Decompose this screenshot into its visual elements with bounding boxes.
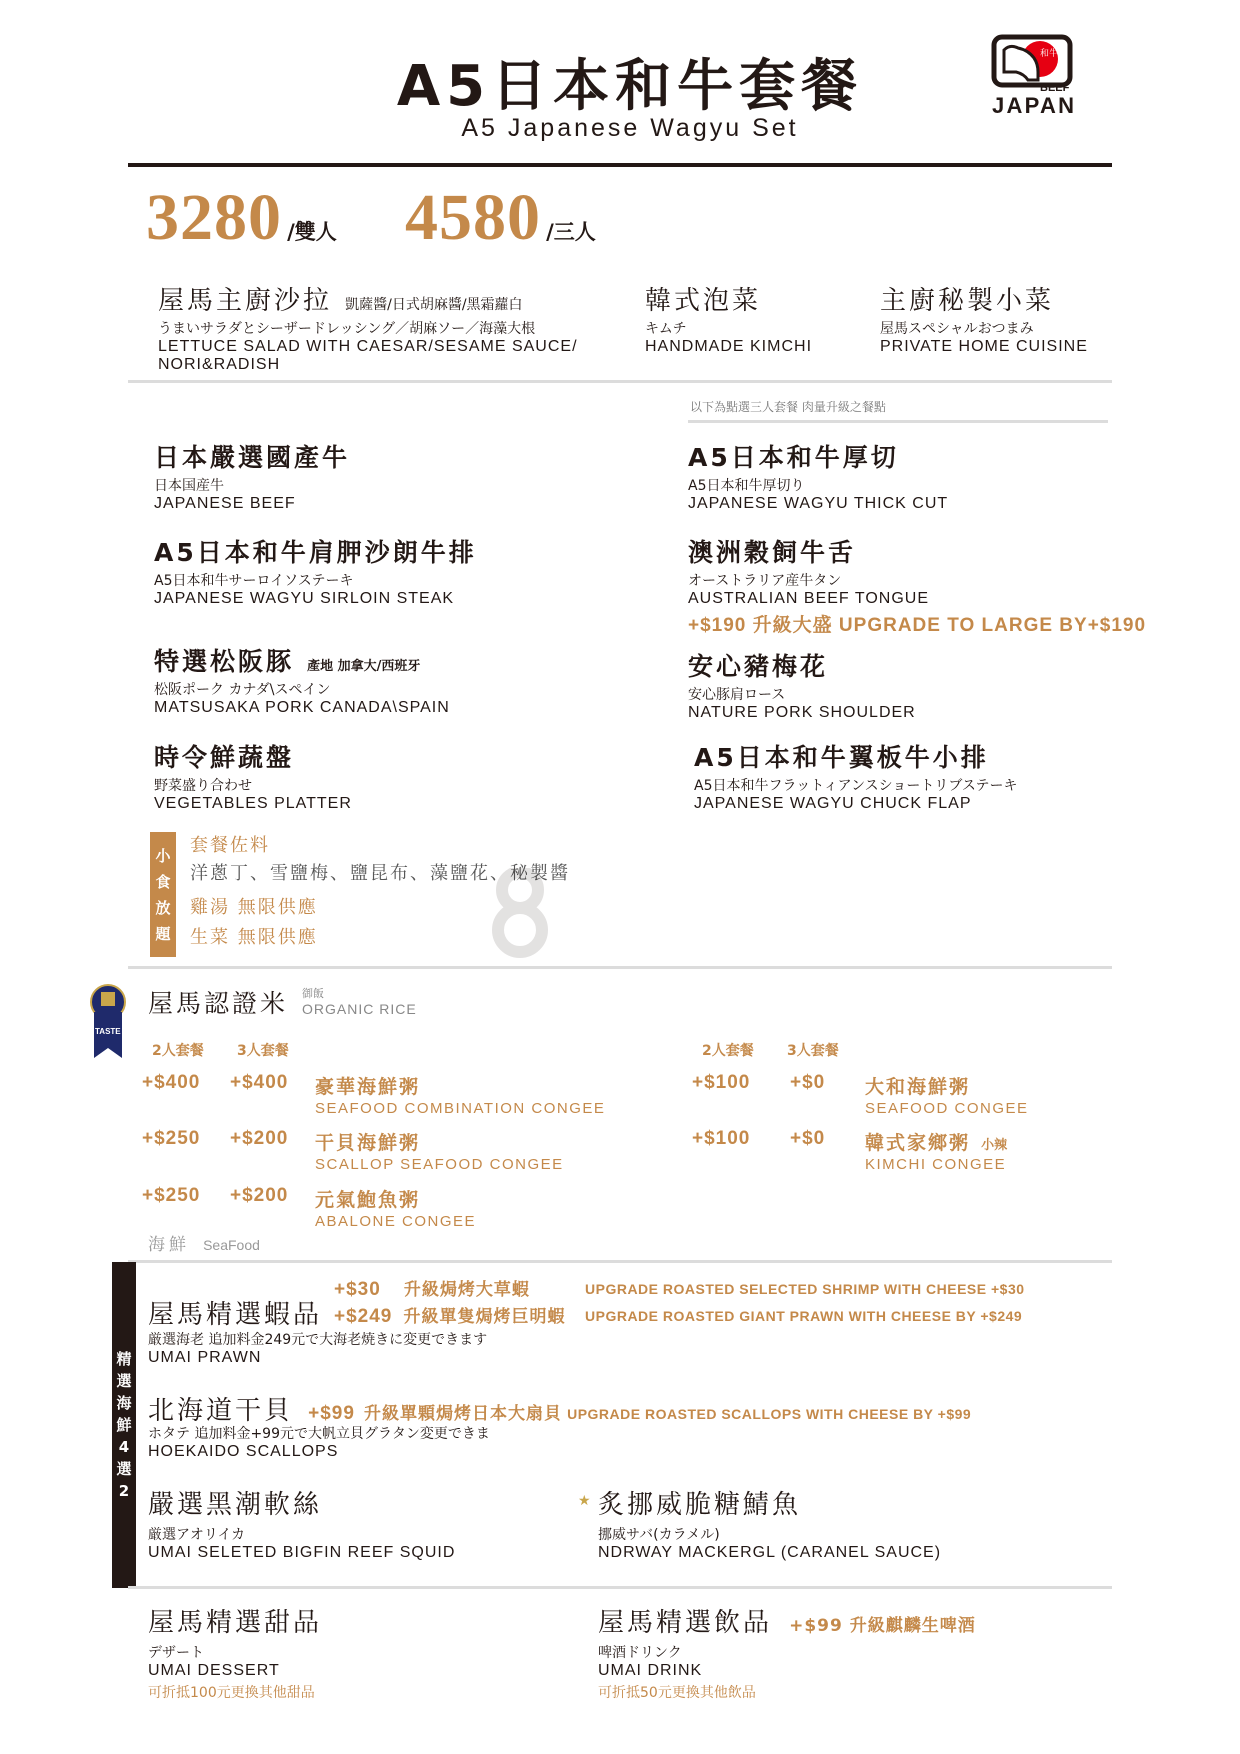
tag-char: 鮮 [116,1414,131,1436]
congee-name: 豪華海鮮粥 [315,1072,420,1099]
dish-name: A5日本和牛肩胛沙朗牛排 [154,533,477,569]
congee-name: 干貝海鮮粥 [315,1128,420,1155]
dish-name-ja: 松阪ポーク カナダ\スペイン [154,682,450,699]
main-wagyu-chuck-flap: A5日本和牛翼板牛小排 A5日本和牛フラットィアンスショートリブステーキ JAP… [694,738,1018,813]
rice-title-ja: 御飯 [302,985,417,1001]
scallop-title: 北海道干貝 [148,1396,293,1426]
dish-name-en: LETTUCE SALAD WITH CAESAR/SESAME SAUCE/ … [158,338,618,374]
congee-name-wrap: 韓式家鄉粥 小辣 [865,1128,1007,1155]
dish-name-ja: デザート [148,1645,322,1662]
scallop-name-en: HOEKAIDO SCALLOPS [148,1443,338,1461]
seafood-mackerel: 炙挪威脆糖鯖魚 挪威サバ(カラメル) NDRWAY MACKERGL (CARA… [598,1484,941,1562]
congee-name-en: KIMCHI CONGEE [865,1156,1006,1173]
prawn-title: 屋馬精選蝦品 [148,1294,322,1331]
scallop-name-ja: ホタテ 追加料金+99元で大帆立貝グラタン変更できま [148,1426,490,1443]
flower-watermark-icon [485,868,555,963]
dish-name-ja: オーストラリア産牛タン [688,573,1146,590]
dish-name-en: JAPANESE WAGYU SIRLOIN STEAK [154,590,477,608]
dish-name-en: HANDMADE KIMCHI [645,338,812,356]
tag-char: 海 [116,1392,131,1414]
prawn-name-en: UMAI PRAWN [148,1349,261,1367]
upgrade-price: +$249 [334,1306,392,1327]
dish-name: 澳洲穀飼牛舌 [688,533,1146,569]
seafood-label-zh: 海鮮 [148,1235,190,1255]
dish-name-ja: 厳選アオリイカ [148,1527,455,1544]
tag-char: 選 [116,1458,131,1480]
scallop-title-row: 北海道干貝 +$99 升級單顆焗烤日本大扇貝 UPGRADE ROASTED S… [148,1390,971,1427]
dish-name: 安心豬梅花 [688,647,916,683]
dish-name-ja: 日本国産牛 [154,478,350,495]
dish-name-en: UMAI SELETED BIGFIN REEF SQUID [148,1544,455,1562]
tag-char: 選 [116,1370,131,1392]
tag-char: 4 [119,1436,129,1458]
upgrade-note-divider [688,420,1108,423]
congee-name: 韓式家鄉粥 [865,1132,970,1154]
price-amount: 3280 [146,181,282,254]
main-wagyu-sirloin: A5日本和牛肩胛沙朗牛排 A5日本和牛サーロイソステーキ JAPANESE WA… [154,533,477,608]
dish-name-ja: うまいサラダとシーザードレッシング／胡麻ソー／海藻大根 [158,321,618,338]
starter-kimchi: 韓式泡菜 キムチ HANDMADE KIMCHI [645,280,812,356]
starter-salad: 屋馬主廚沙拉 凱薩醬/日式胡麻醬/黑霜蘿白 うまいサラダとシーザードレッシング／… [158,280,618,374]
taste-award-badge-icon: TASTE [90,982,126,1060]
price-3p: +$0 [790,1072,825,1094]
col-header-2p: 2人套餐 [702,1040,754,1060]
condiments-title: 套餐佐料 [190,830,270,861]
col-header-3p: 3人套餐 [237,1040,289,1060]
price-2-persons: 3280 /雙人 [146,180,337,256]
tag-char: 題 [155,921,170,947]
upgrade-zh: 升級焗烤大草蝦 [404,1280,530,1300]
tag-char: 精 [116,1348,131,1370]
page-subtitle: A5 Japanese Wagyu Set [0,114,1240,143]
drink-upgrade: +$99 升級麒麟生啤酒 [789,1616,976,1636]
soup-unlimited: 雞湯 無限供應 [190,892,318,923]
price-3-persons: 4580 /三人 [405,180,596,256]
rice-header: 屋馬認證米 [148,984,288,1020]
seafood-choose-2-of-4-tag: 精 選 海 鮮 4 選 2 [112,1262,136,1588]
price-3p: +$200 [230,1185,288,1207]
lettuce-unlimited: 生菜 無限供應 [190,922,318,953]
dessert-note: 可折抵100元更換其他甜品 [148,1682,322,1702]
price-amount: 4580 [405,181,541,254]
drink-block: 屋馬精選飲品 +$99 升級麒麟生啤酒 啤酒ドリンク UMAI DRINK 可折… [598,1602,976,1702]
main-japanese-beef: 日本嚴選國產牛 日本国産牛 JAPANESE BEEF [154,438,350,513]
dish-name-en: NATURE PORK SHOULDER [688,704,916,722]
main-matsusaka-pork: 特選松阪豚 產地 加拿大/西班牙 松阪ポーク カナダ\スペイン MATSUSAK… [154,642,450,717]
spicy-level: 小辣 [981,1138,1007,1153]
main-beef-tongue: 澳洲穀飼牛舌 オーストラリア産牛タン AUSTRALIAN BEEF TONGU… [688,533,1146,637]
price-unit: /三人 [546,220,596,244]
dish-name-ja: 啤酒ドリンク [598,1645,976,1662]
main-vegetables: 時令鮮蔬盤 野菜盛り合わせ VEGETABLES PLATTER [154,738,352,813]
upgrade-price: +$30 [334,1279,381,1300]
dish-name-ja: 屋馬スペシャルおつまみ [880,321,1088,338]
drink-note: 可折抵50元更換其他飲品 [598,1682,976,1702]
dish-name: A5日本和牛厚切 [688,438,948,474]
dish-name-en: VEGETABLES PLATTER [154,795,352,813]
upgrade-large-option: +$190 升級大盛 UPGRADE TO LARGE BY+$190 [688,610,1146,637]
price-2p: +$100 [692,1072,750,1094]
col-header-2p: 2人套餐 [152,1040,204,1060]
starter-home-cuisine: 主廚秘製小菜 屋馬スペシャルおつまみ PRIVATE HOME CUISINE [880,280,1088,356]
price-3p: +$0 [790,1128,825,1150]
price-2p: +$250 [142,1185,200,1207]
dish-name-ja: A5日本和牛厚切り [688,478,948,495]
rice-title-en: ORGANIC RICE [302,1001,417,1017]
section-divider [128,1586,1112,1589]
congee-name-en: SEAFOOD COMBINATION CONGEE [315,1100,605,1117]
upgrade-price: +$99 [308,1403,355,1424]
main-pork-shoulder: 安心豬梅花 安心豚肩ロース NATURE PORK SHOULDER [688,647,916,722]
dish-name-ja: A5日本和牛フラットィアンスショートリブステーキ [694,778,1018,795]
dessert-block: 屋馬精選甜品 デザート UMAI DESSERT 可折抵100元更換其他甜品 [148,1602,322,1702]
congee-name: 大和海鮮粥 [865,1072,970,1099]
prawn-upgrade-1-en: UPGRADE ROASTED SELECTED SHRIMP WITH CHE… [585,1281,1025,1297]
price-3p: +$400 [230,1072,288,1094]
price-2p: +$100 [692,1128,750,1150]
svg-text:和牛: 和牛 [1040,47,1058,59]
section-divider [128,966,1112,969]
section-divider [128,380,1112,383]
dish-name-ja: 野菜盛り合わせ [154,778,352,795]
upgrade-note: 以下為點選三人套餐 肉量升級之餐點 [690,398,886,415]
dish-name-en: PRIVATE HOME CUISINE [880,338,1088,356]
dish-name-en: UMAI DRINK [598,1662,976,1680]
prawn-upgrade-2-en: UPGRADE ROASTED GIANT PRAWN WITH CHEESE … [585,1308,1022,1324]
origin-note: 產地 加拿大/西班牙 [307,659,420,674]
upgrade-en: UPGRADE ROASTED SCALLOPS WITH CHEESE BY … [567,1406,971,1422]
dish-name-en: JAPANESE BEEF [154,495,350,513]
dish-name: 屋馬精選飲品 [598,1608,772,1638]
price-3p: +$200 [230,1128,288,1150]
dressing-options: 凱薩醬/日式胡麻醬/黑霜蘿白 [345,297,522,313]
dish-name-en: UMAI DESSERT [148,1662,322,1680]
seafood-label-en: SeaFood [203,1237,260,1253]
congee-name-en: ABALONE CONGEE [315,1213,476,1230]
congee-name: 元氣鮑魚粥 [315,1185,420,1212]
section-divider [128,1260,1112,1263]
upgrade-zh: 升級單顆焗烤日本大扇貝 [364,1404,562,1424]
upgrade-zh: 升級單隻焗烤巨明蝦 [403,1307,565,1327]
price-unit: /雙人 [287,220,337,244]
dish-name-ja: 挪威サバ(カラメル) [598,1527,941,1544]
header-divider [128,163,1112,167]
dish-name: 特選松阪豚 [154,647,294,676]
dish-name-en: JAPANESE WAGYU CHUCK FLAP [694,795,1018,813]
dish-name: 屋馬精選甜品 [148,1602,322,1639]
dish-name-en: JAPANESE WAGYU THICK CUT [688,495,948,513]
dish-name-en: AUSTRALIAN BEEF TONGUE [688,590,1146,608]
price-2p: +$400 [142,1072,200,1094]
rice-subtitle: 御飯 ORGANIC RICE [302,985,417,1017]
tag-char: 放 [155,895,170,921]
dish-name-ja: A5日本和牛サーロイソステーキ [154,573,477,590]
dish-name: 屋馬主廚沙拉 [158,286,332,316]
dish-name: A5日本和牛翼板牛小排 [694,738,1018,774]
price-2p: +$250 [142,1128,200,1150]
beef-japan-logo-icon: 和牛 BEEF JAPAN [990,34,1076,116]
dish-name-ja: 安心豚肩ロース [688,687,916,704]
all-you-can-eat-tag: 小 食 放 題 [150,832,176,957]
tag-char: 小 [155,843,170,869]
prawn-upgrade-2: +$249 升級單隻焗烤巨明蝦 [334,1302,565,1328]
prawn-name-ja: 厳選海老 追加料金249元で大海老焼きに変更できます [148,1332,487,1349]
dish-name: 炙挪威脆糖鯖魚 [598,1484,941,1521]
tag-char: 2 [119,1480,129,1502]
rice-title: 屋馬認證米 [148,989,288,1018]
dish-name-en: NDRWAY MACKERGL (CARANEL SAUCE) [598,1544,941,1562]
dish-name-en: MATSUSAKA PORK CANADA\SPAIN [154,699,450,717]
dish-name: 韓式泡菜 [645,280,812,317]
seafood-squid: 嚴選黑潮軟絲 厳選アオリイカ UMAI SELETED BIGFIN REEF … [148,1484,455,1562]
svg-text:JAPAN: JAPAN [992,93,1074,116]
prawn-upgrade-1: +$30 升級焗烤大草蝦 [334,1275,530,1301]
congee-name-en: SCALLOP SEAFOOD CONGEE [315,1156,564,1173]
dish-name: 主廚秘製小菜 [880,280,1088,317]
dish-name-ja: キムチ [645,321,812,338]
tag-char: 食 [155,869,170,895]
dish-name: 時令鮮蔬盤 [154,738,352,774]
seafood-section-label: 海鮮 SeaFood [148,1230,260,1255]
svg-text:TASTE: TASTE [95,1027,121,1036]
main-wagyu-thick-cut: A5日本和牛厚切 A5日本和牛厚切り JAPANESE WAGYU THICK … [688,438,948,513]
recommended-star-icon: ★ [578,1493,591,1509]
congee-name-en: SEAFOOD CONGEE [865,1100,1029,1117]
dish-name: 日本嚴選國產牛 [154,438,350,474]
dish-name: 嚴選黑潮軟絲 [148,1484,455,1521]
col-header-3p: 3人套餐 [787,1040,839,1060]
